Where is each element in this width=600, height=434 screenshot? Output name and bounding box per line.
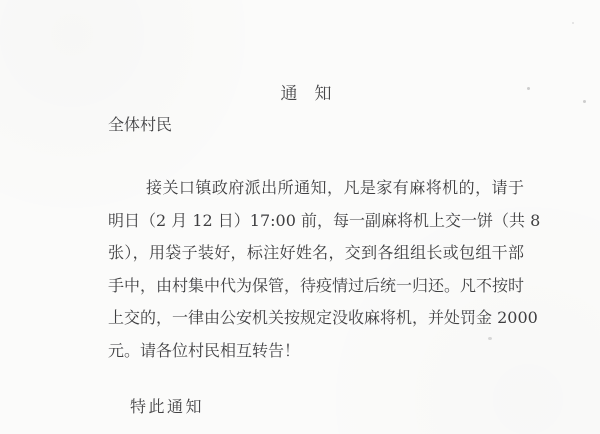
scan-speckle [527,87,530,90]
notice-title: 通 知 [0,79,600,104]
body-line-2: 明日（2 月 12 日）17:00 前，每一副麻将机上交一饼（共 8 [108,205,524,238]
body-line-6: 元。请各位村民相互转告！ [108,335,524,368]
body-line-3: 张），用袋子装好，标注好姓名，交到各组组长或包组干部 [108,237,524,270]
notice-salutation: 全体村民 [108,112,172,135]
notice-closing: 特此通知 [130,394,204,417]
notice-body: 接关口镇政府派出所通知，凡是家有麻将机的，请于 明日（2 月 12 日）17:0… [108,172,524,368]
scan-speckle [572,22,574,24]
scanned-notice-page: 通 知 全体村民 接关口镇政府派出所通知，凡是家有麻将机的，请于 明日（2 月 … [0,0,600,434]
body-line-5: 上交的，一律由公安机关按规定没收麻将机，并处罚金 2000 [108,302,524,335]
body-line-4: 手中，由村集中代为保管，待疫情过后统一归还。凡不按时 [108,270,524,303]
scan-speckle [488,337,492,340]
body-line-1: 接关口镇政府派出所通知，凡是家有麻将机的，请于 [108,172,524,205]
scan-speckle [583,100,586,103]
